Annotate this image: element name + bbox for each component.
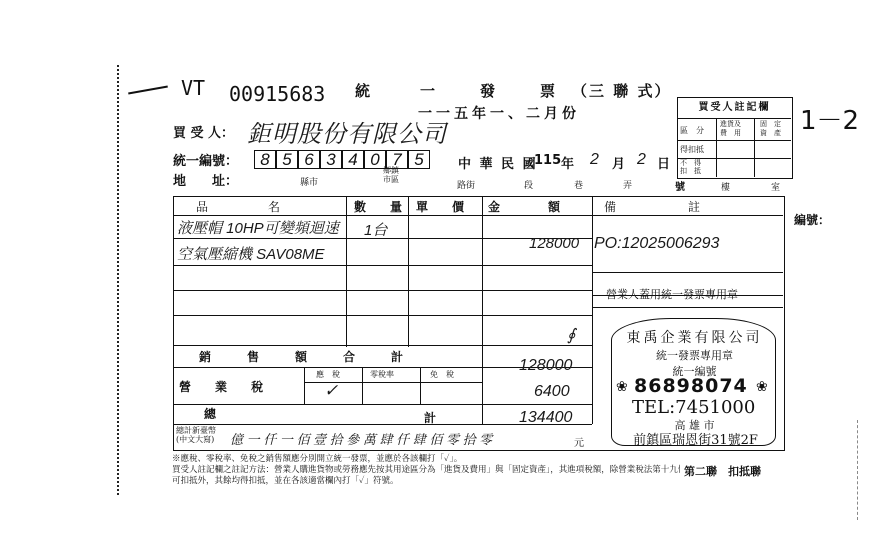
flower-icon: ❀ xyxy=(616,379,628,395)
tax-value: 6400 xyxy=(534,383,570,401)
stamp-header: 營業人蓋用統一發票專用章 xyxy=(606,286,738,302)
address-label: 地 址： xyxy=(173,170,238,189)
serial-label: 編號： xyxy=(794,211,830,228)
check-deductible-asset[interactable] xyxy=(758,142,788,156)
tax-id-digit: 6 xyxy=(298,150,320,169)
grand-total-label-left: 總 xyxy=(204,405,216,422)
col-purchase-expense: 進貨及 費 用 xyxy=(720,120,741,138)
stamp-line1: 統一發票專用章 xyxy=(622,347,767,363)
title-char-3: 發 xyxy=(480,80,495,101)
date-year: 115 xyxy=(534,153,561,168)
company-stamp: 東禹企業有限公司 統一發票專用章 統一編號 ❀ 86898074 ❀ TEL:7… xyxy=(611,318,776,446)
grand-total-label-right: 計 xyxy=(424,409,436,426)
check-nondeductible-asset[interactable] xyxy=(758,160,788,174)
address-lane: 巷 xyxy=(574,178,583,191)
header-remark: 備 註 xyxy=(604,198,700,215)
address-room: 室 xyxy=(771,180,780,193)
perforation-line xyxy=(117,65,119,495)
address-number: 號 xyxy=(675,178,685,193)
row-1-remark: PO:12025006293 xyxy=(594,235,719,253)
stamp-tel: TEL:7451000 xyxy=(632,397,755,418)
date-month: 2 xyxy=(590,151,599,169)
address-road: 路街 xyxy=(457,178,475,191)
invoice-number: 00915683 xyxy=(229,82,325,106)
stamp-company: 東禹企業有限公司 xyxy=(622,327,767,347)
stamp-tax-id: 86898074 xyxy=(634,375,748,397)
chinese-amount-unit: 元 xyxy=(574,434,584,449)
date-day: 2 xyxy=(637,151,646,169)
tax-type-taxable: 應 稅 xyxy=(316,369,340,380)
stamp-address: 前鎮區瑞恩街31號2F xyxy=(618,429,773,448)
row-1-qty: 1台 xyxy=(364,219,387,240)
buyer-label: 買 受 人： xyxy=(173,122,234,141)
header-amount: 金 額 xyxy=(488,198,560,215)
title-char-1: 統 xyxy=(355,80,370,101)
row-1-amount: 128000 xyxy=(529,235,579,252)
invoice-prefix: VT xyxy=(181,76,205,100)
header-price: 單 價 xyxy=(416,198,464,215)
tax-id-digit: 4 xyxy=(342,150,364,169)
date-month-unit: 月 xyxy=(612,153,625,172)
title-char-2: 一 xyxy=(420,80,435,101)
tax-type-exempt: 免 稅 xyxy=(430,369,454,380)
sales-total-value: 128000 xyxy=(519,357,572,375)
row-non-deductible: 不 得 扣 抵 xyxy=(680,159,701,175)
row-2-item: 空氣壓縮機 SAV08ME xyxy=(177,243,325,264)
footer-note-3: 可扣抵外，其餘均得扣抵，並在各該適當欄內打「✓」符號。 xyxy=(172,474,399,486)
title-char-4: 票 xyxy=(540,80,555,101)
tax-check-taxable[interactable]: ✓ xyxy=(324,381,338,401)
date-day-unit: 日 xyxy=(657,153,670,172)
tax-id-digit: 3 xyxy=(320,150,342,169)
address-county: 縣市 xyxy=(300,175,318,188)
tax-id-digit: 8 xyxy=(254,150,276,169)
row-deductible: 得扣抵 xyxy=(680,144,704,155)
col-fixed-asset: 固 定 資 產 xyxy=(760,120,781,138)
buyer-notes-title: 買受人註記欄 xyxy=(678,98,791,119)
check-deductible-purchase[interactable] xyxy=(720,142,750,156)
tax-label: 營 業 稅 xyxy=(179,378,263,395)
tax-id-label: 統一編號： xyxy=(173,150,238,169)
title-type: （三 聯 式） xyxy=(572,80,671,101)
sales-total-label: 銷 售 額 合 計 xyxy=(199,348,403,365)
copy-index: 1－2 xyxy=(800,100,859,137)
scan-edge xyxy=(857,420,858,520)
date-year-unit: 年 xyxy=(561,153,574,172)
buyer-name: 鉅明股份有限公司 xyxy=(247,114,447,149)
buyer-notes-box: 買受人註記欄 區 分 進貨及 費 用 固 定 資 產 得扣抵 不 得 扣 抵 xyxy=(677,97,793,179)
tax-id-digit: 5 xyxy=(408,150,430,169)
col-category: 區 分 xyxy=(680,125,704,136)
address-district: 鄉鎮 市區 xyxy=(383,166,399,184)
address-floor: 樓 xyxy=(721,180,730,193)
tax-id-digit: 5 xyxy=(276,150,298,169)
flower-icon: ❀ xyxy=(756,379,768,395)
address-section: 段 xyxy=(524,178,533,191)
tax-check-exempt[interactable] xyxy=(424,385,474,401)
check-nondeductible-purchase[interactable] xyxy=(720,160,750,174)
grand-total-value: 134400 xyxy=(519,409,572,427)
amount-end-mark: ∮ xyxy=(567,325,575,345)
row-1-item: 液壓帽 10HP可變頻迴速 xyxy=(177,217,339,238)
dash-mark xyxy=(128,86,168,95)
chinese-amount-label: 總計新臺幣 (中文大寫) xyxy=(176,426,216,444)
header-qty: 數 量 xyxy=(354,198,402,215)
address-alley: 弄 xyxy=(623,178,632,191)
tax-check-zero-rate[interactable] xyxy=(366,385,416,401)
date-prefix: 中 華 民 國 xyxy=(458,153,538,172)
tax-type-zero-rate: 零稅率 xyxy=(370,369,394,380)
copy-label: 第二聯 扣抵聯 xyxy=(680,463,761,479)
header-item: 品 名 xyxy=(196,198,280,215)
chinese-amount: 億 一 仟 一 佰 壹 拾 參 萬 肆 仟 肆 佰 零 拾 零 xyxy=(230,429,492,448)
